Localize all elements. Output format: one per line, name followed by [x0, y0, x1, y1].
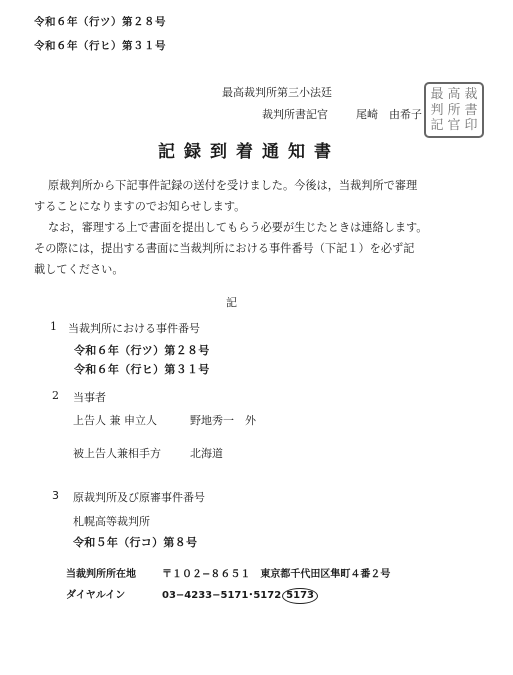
seal-char: 高	[446, 87, 462, 102]
ki-label: 記	[226, 294, 237, 310]
body-paragraph1-line2: することになりますのでお知らせします。	[34, 197, 245, 216]
body-paragraph1-line1: 原裁判所から下記事件記録の送付を受けました。今後は，当裁判所で審理	[48, 176, 417, 195]
dial-in-number-list: 03−4233−5171･5172	[162, 590, 281, 601]
issuing-court: 最高裁判所第三小法廷	[222, 84, 332, 100]
address-label: 当裁判所所在地	[66, 565, 136, 580]
party-role-appellee: 被上告人兼相手方	[73, 445, 161, 461]
item2-number: 2	[52, 389, 59, 402]
item1-number: 1	[50, 320, 57, 333]
seal-char: 裁	[463, 87, 479, 102]
party-role-appellant: 上告人 兼 申立人	[73, 412, 157, 428]
seal-char: 判	[429, 103, 445, 118]
body-paragraph2-line2: その際には，提出する書面に当裁判所における事件番号（下記１）を必ず記	[34, 239, 414, 258]
header-case-number-1: 令和６年（行ツ）第２８号	[34, 14, 166, 29]
item3-heading: 原裁判所及び原審事件番号	[73, 489, 205, 505]
header-case-number-2: 令和６年（行ヒ）第３１号	[34, 38, 166, 53]
item3-case: 令和５年（行コ）第８号	[73, 534, 197, 550]
body-paragraph2-line1: なお，審理する上で書面を提出してもらう必要が生じたときは連絡します。	[48, 218, 427, 237]
dial-in-numbers: 03−4233−5171･51725173	[162, 586, 318, 604]
item1-case-1: 令和６年（行ツ）第２８号	[74, 342, 210, 358]
clerk-title: 裁判所書記官	[262, 106, 328, 122]
dial-in-circled-number: 5173	[282, 588, 318, 604]
document-title: 記録到着通知書	[158, 137, 340, 162]
item1-case-2: 令和６年（行ヒ）第３１号	[74, 361, 210, 377]
party-name-appellant: 野地秀一 外	[190, 412, 256, 428]
official-seal-icon: 最 高 裁 判 所 書 記 官 印	[424, 82, 484, 138]
item2-heading: 当事者	[73, 389, 106, 405]
item1-heading: 当裁判所における事件番号	[68, 320, 200, 336]
item3-number: 3	[52, 489, 59, 502]
seal-char: 印	[463, 118, 479, 133]
party-name-appellee: 北海道	[190, 445, 223, 461]
clerk-name: 尾崎 由希子	[356, 106, 422, 122]
dial-in-label: ダイヤルイン	[66, 586, 125, 601]
seal-char: 官	[446, 118, 462, 133]
seal-char: 所	[446, 103, 462, 118]
body-paragraph2-line3: 載してください。	[34, 260, 124, 279]
seal-char: 最	[429, 87, 445, 102]
item3-court: 札幌高等裁判所	[73, 513, 150, 529]
seal-char: 記	[429, 118, 445, 133]
address-value: 〒１０２−８６５１ 東京都千代田区隼町４番２号	[162, 565, 390, 580]
seal-char: 書	[463, 103, 479, 118]
